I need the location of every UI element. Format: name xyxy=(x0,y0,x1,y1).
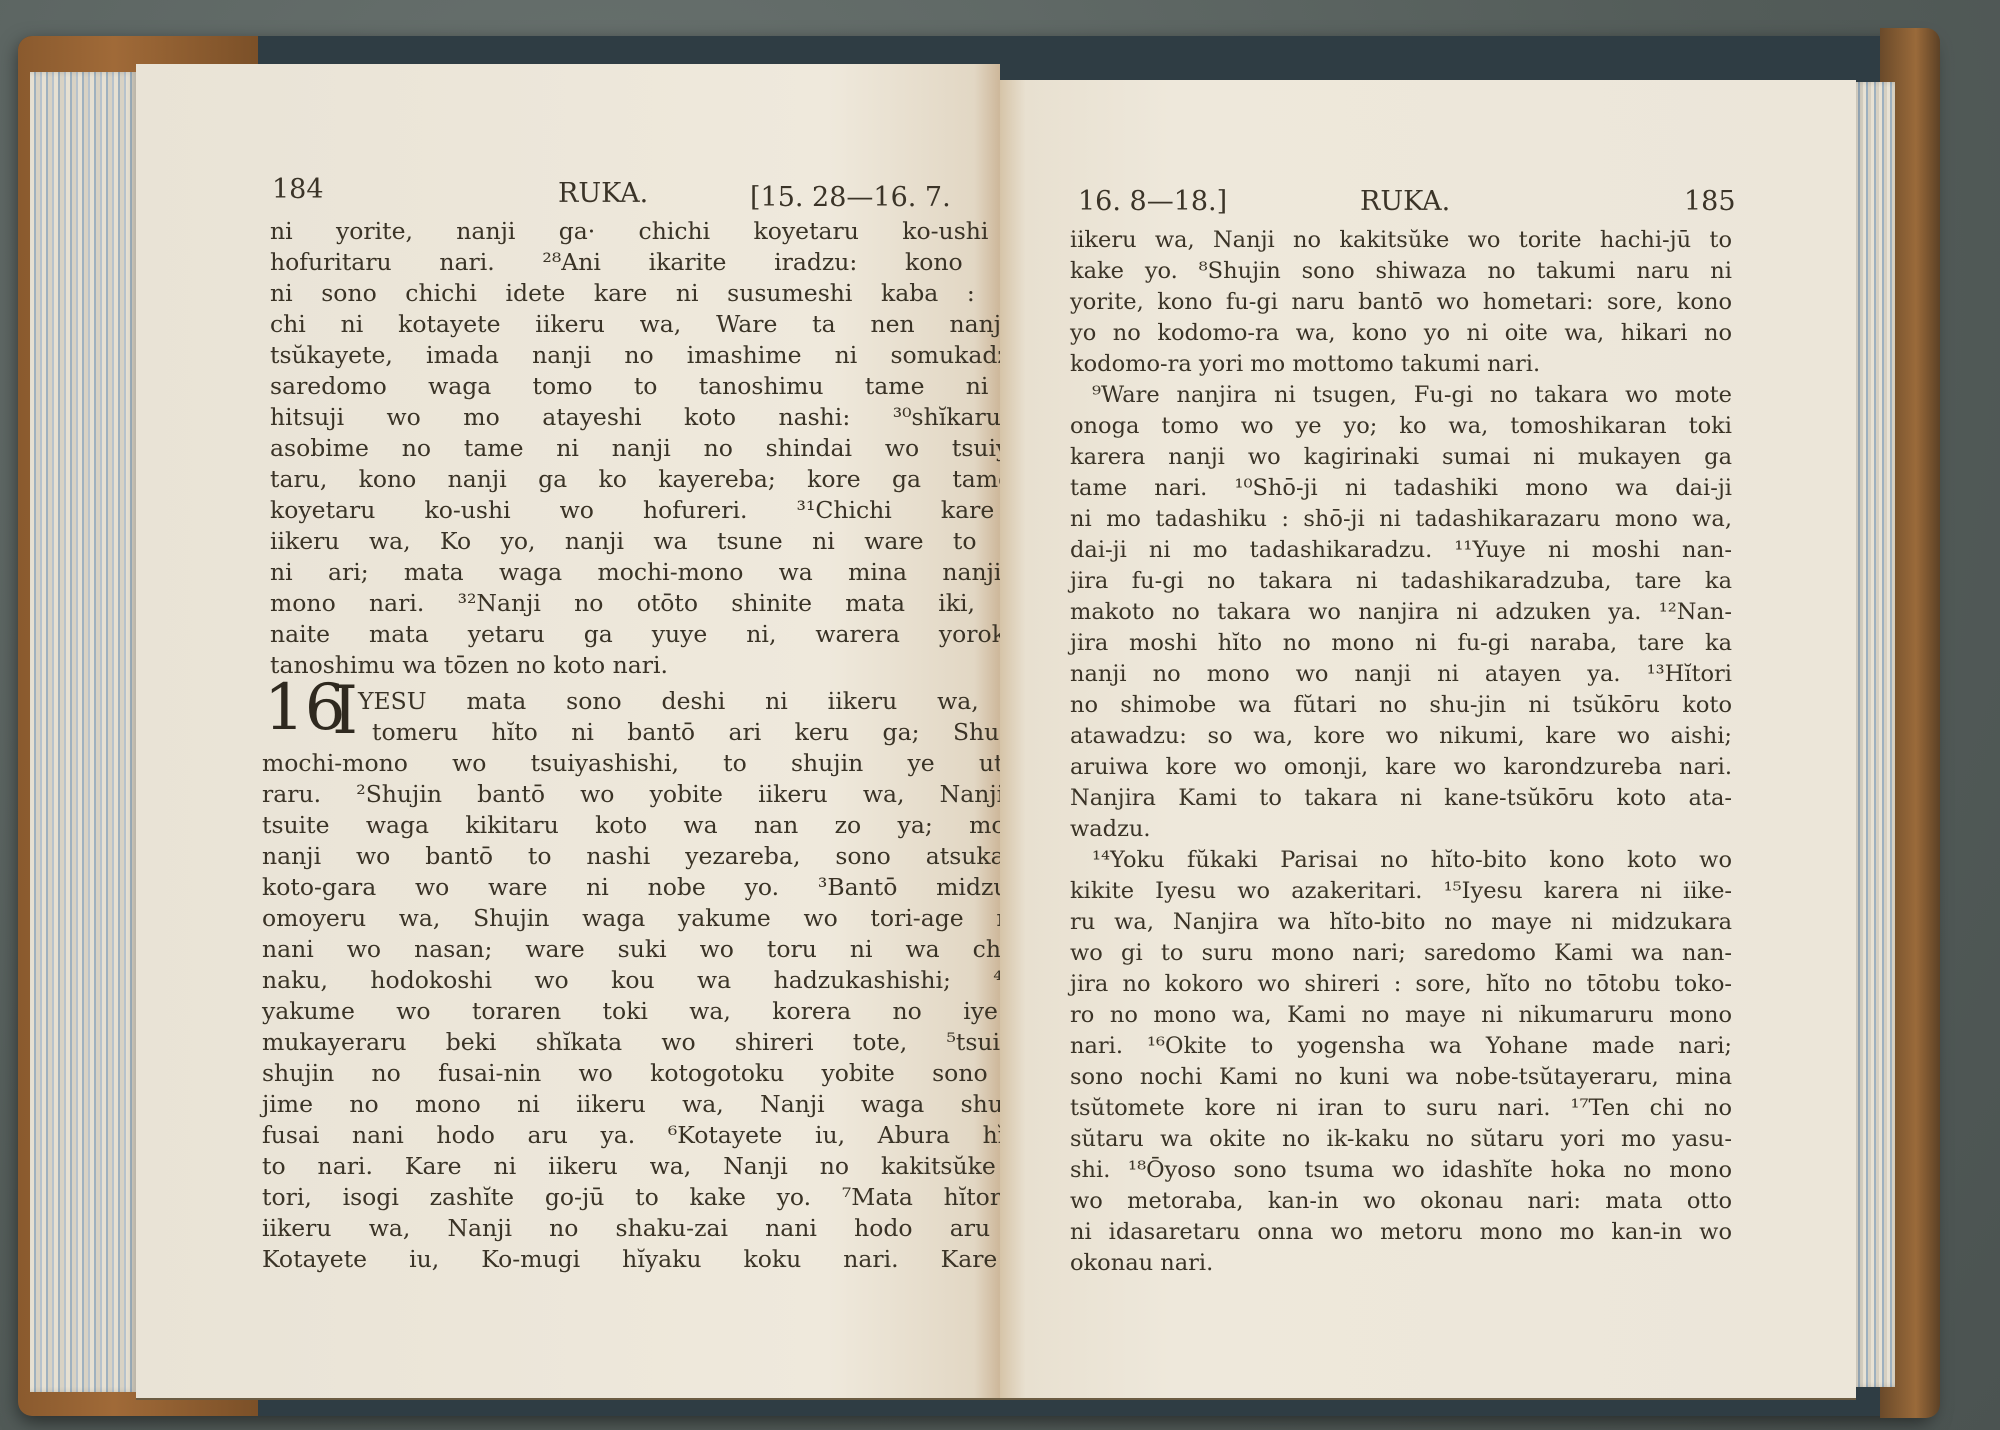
text-line: ¹⁴Yoku fŭkaki Parisai no hĭto-bito kono … xyxy=(1070,845,1732,876)
text-line: asobime no tame ni nanji no shindai wo t… xyxy=(270,433,1066,464)
text-line: jira moshi hĭto no mono ni fu-gi naraba,… xyxy=(1070,628,1732,659)
text-line: okonau nari. xyxy=(1070,1248,1732,1279)
text-line: jira fu-gi no takara ni tadashikaradzuba… xyxy=(1070,566,1732,597)
text-line: ro no mono wa, Kami no maye ni nikumarur… xyxy=(1070,1000,1732,1031)
text-line: ni mo tadashiku : shō-ji ni tadashikaraz… xyxy=(1070,504,1732,535)
text-line: mukayeraru beki shĭkata wo shireri tote,… xyxy=(262,1027,1062,1058)
text-line: ni sono chichi idete kare ni susumeshi k… xyxy=(270,278,1066,309)
text-line: jime no mono ni iikeru wa, Nanji waga sh… xyxy=(262,1089,1062,1120)
text-line: sono nochi Kami no kuni wa nobe-tsŭtayer… xyxy=(1070,1062,1732,1093)
text-line: iikeru wa, Ko yo, nanji wa tsune ni ware… xyxy=(270,526,1066,557)
left-page: 184 RUKA. [15. 28—16. 7. ni yorite, nanj… xyxy=(136,64,1000,1400)
text-line: nari. ¹⁶Okite to yogensha wa Yohane made… xyxy=(1070,1031,1732,1062)
text-line: iikeru wa, Nanji no kakitsŭke wo torite … xyxy=(1070,225,1732,256)
left-body-text: ni yorite, nanji ga· chichi koyetaru ko-… xyxy=(270,216,1066,681)
text-line: tomeru hĭto ni bantō ari keru ga; Shu no xyxy=(262,717,1062,748)
text-line: tame nari. ¹⁰Shō-ji ni tadashiki mono wa… xyxy=(1070,473,1732,504)
text-line: wo gi to suru mono nari; saredomo Kami w… xyxy=(1070,938,1732,969)
text-line: tsŭkayete, imada nanji no imashime ni so… xyxy=(270,340,1066,371)
text-line: Kotayete iu, Ko-mugi hĭyaku koku nari. K… xyxy=(262,1244,1062,1275)
text-line: tanoshimu wa tōzen no koto nari. xyxy=(270,650,1066,681)
text-line: tsuite waga kikitaru koto wa nan zo ya; … xyxy=(262,810,1062,841)
right-page: 16. 8—18.] RUKA. 185 iikeru wa, Nanji no… xyxy=(1000,80,1856,1400)
running-title-left: RUKA. xyxy=(558,178,648,209)
text-line: ni idasaretaru onna wo metoru mono mo ka… xyxy=(1070,1217,1732,1248)
text-line: hitsuji wo mo atayeshi koto nashi: ³⁰shĭ… xyxy=(270,402,1066,433)
text-line: onoga tomo wo ye yo; ko wa, tomoshikaran… xyxy=(1070,411,1732,442)
text-line: naite mata yetaru ga yuye ni, warera yor… xyxy=(270,619,1066,650)
text-line: nanji no mono wo nanji ni atayen ya. ¹³H… xyxy=(1070,659,1732,690)
text-line: saredomo waga tomo to tanoshimu tame ni … xyxy=(270,371,1066,402)
text-line: makoto no takara wo nanjira ni adzuken y… xyxy=(1070,597,1732,628)
text-line: ni ari; mata waga mochi-mono wa mina nan… xyxy=(270,557,1066,588)
text-line: raru. ²Shujin bantō wo yobite iikeru wa,… xyxy=(262,779,1062,810)
text-line: nanji wo bantō to nashi yezareba, sono a… xyxy=(262,841,1062,872)
text-line: yorite, kono fu-gi naru bantō wo hometar… xyxy=(1070,287,1732,318)
text-line: ⁹Ware nanjira ni tsugen, Fu-gi no takara… xyxy=(1070,380,1732,411)
text-line: YESU mata sono deshi ni iikeru wa, Aru xyxy=(262,686,1062,717)
text-line: no shimobe wa fŭtari no shu-jin ni tsŭkō… xyxy=(1070,690,1732,721)
page-edges-right xyxy=(1855,82,1895,1387)
text-line: omoyeru wa, Shujin waga yakume wo tori-a… xyxy=(262,903,1062,934)
text-line: hofuritaru nari. ²⁸Ani ikarite iradzu: k… xyxy=(270,247,1066,278)
page-edges-left xyxy=(30,72,136,1392)
text-line: yo no kodomo-ra wa, kono yo ni oite wa, … xyxy=(1070,318,1732,349)
text-line: wo metoraba, kan-in wo okonau nari: mata… xyxy=(1070,1186,1732,1217)
text-line: ni yorite, nanji ga· chichi koyetaru ko-… xyxy=(270,216,1066,247)
text-line: nani wo nasan; ware suki wo toru ni wa c… xyxy=(262,934,1062,965)
text-line: jira no kokoro wo shireri : sore, hĭto n… xyxy=(1070,969,1732,1000)
text-line: sŭtaru wa okite no ik-kaku no sŭtaru yor… xyxy=(1070,1124,1732,1155)
page-number-left: 184 xyxy=(272,174,324,205)
running-title-right: RUKA. xyxy=(1360,186,1450,217)
chapter-16-text: YESU mata sono deshi ni iikeru wa, Aru t… xyxy=(262,686,1062,1275)
text-line: taru, kono nanji ga ko kayereba; kore ga… xyxy=(270,464,1066,495)
text-line: dai-ji ni mo tadashikaradzu. ¹¹Yuye ni m… xyxy=(1070,535,1732,566)
text-line: tori, isogi zashĭte go-jū to kake yo. ⁷M… xyxy=(262,1182,1062,1213)
text-line: koyetaru ko-ushi wo hofureri. ³¹Chichi k… xyxy=(270,495,1066,526)
text-line: tsŭtomete kore ni iran to suru nari. ¹⁷T… xyxy=(1070,1093,1732,1124)
text-line: koto-gara wo ware ni nobe yo. ³Bantō mid… xyxy=(262,872,1062,903)
text-line: to nari. Kare ni iikeru wa, Nanji no kak… xyxy=(262,1151,1062,1182)
text-line: kikite Iyesu wo azakeritari. ¹⁵Iyesu kar… xyxy=(1070,876,1732,907)
page-number-right: 185 xyxy=(1684,186,1736,217)
text-line: naku, hodokoshi wo kou wa hadzukashishi;… xyxy=(262,965,1062,996)
text-line: mochi-mono wo tsuiyashishi, to shujin ye… xyxy=(262,748,1062,779)
text-line: shi. ¹⁸Ōyoso sono tsuma wo idashĭte hoka… xyxy=(1070,1155,1732,1186)
text-line: iikeru wa, Nanji no shaku-zai nani hodo … xyxy=(262,1213,1062,1244)
text-line: wadzu. xyxy=(1070,814,1732,845)
right-body-text: iikeru wa, Nanji no kakitsŭke wo torite … xyxy=(1070,225,1732,1279)
text-line: mono nari. ³²Nanji no otōto shinite mata… xyxy=(270,588,1066,619)
verse-range-right: 16. 8—18.] xyxy=(1078,186,1227,217)
text-line: chi ni kotayete iikeru wa, Ware ta nen n… xyxy=(270,309,1066,340)
text-line: fusai nani hodo aru ya. ⁶Kotayete iu, Ab… xyxy=(262,1120,1062,1151)
text-line: kake yo. ⁸Shujin sono shiwaza no takumi … xyxy=(1070,256,1732,287)
text-line: ru wa, Nanjira wa hĭto-bito no maye ni m… xyxy=(1070,907,1732,938)
verse-range-left: [15. 28—16. 7. xyxy=(750,182,951,213)
text-line: yakume wo toraren toki wa, korera no iye… xyxy=(262,996,1062,1027)
text-line: shujin no fusai-nin wo kotogotoku yobite… xyxy=(262,1058,1062,1089)
text-line: kodomo-ra yori mo mottomo takumi nari. xyxy=(1070,349,1732,380)
text-line: karera nanji wo kagirinaki sumai ni muka… xyxy=(1070,442,1732,473)
text-line: atawadzu: so wa, kore wo nikumi, kare wo… xyxy=(1070,721,1732,752)
text-line: aruiwa kore wo omonji, kare wo karondzur… xyxy=(1070,752,1732,783)
text-line: Nanjira Kami to takara ni kane-tsŭkōru k… xyxy=(1070,783,1732,814)
